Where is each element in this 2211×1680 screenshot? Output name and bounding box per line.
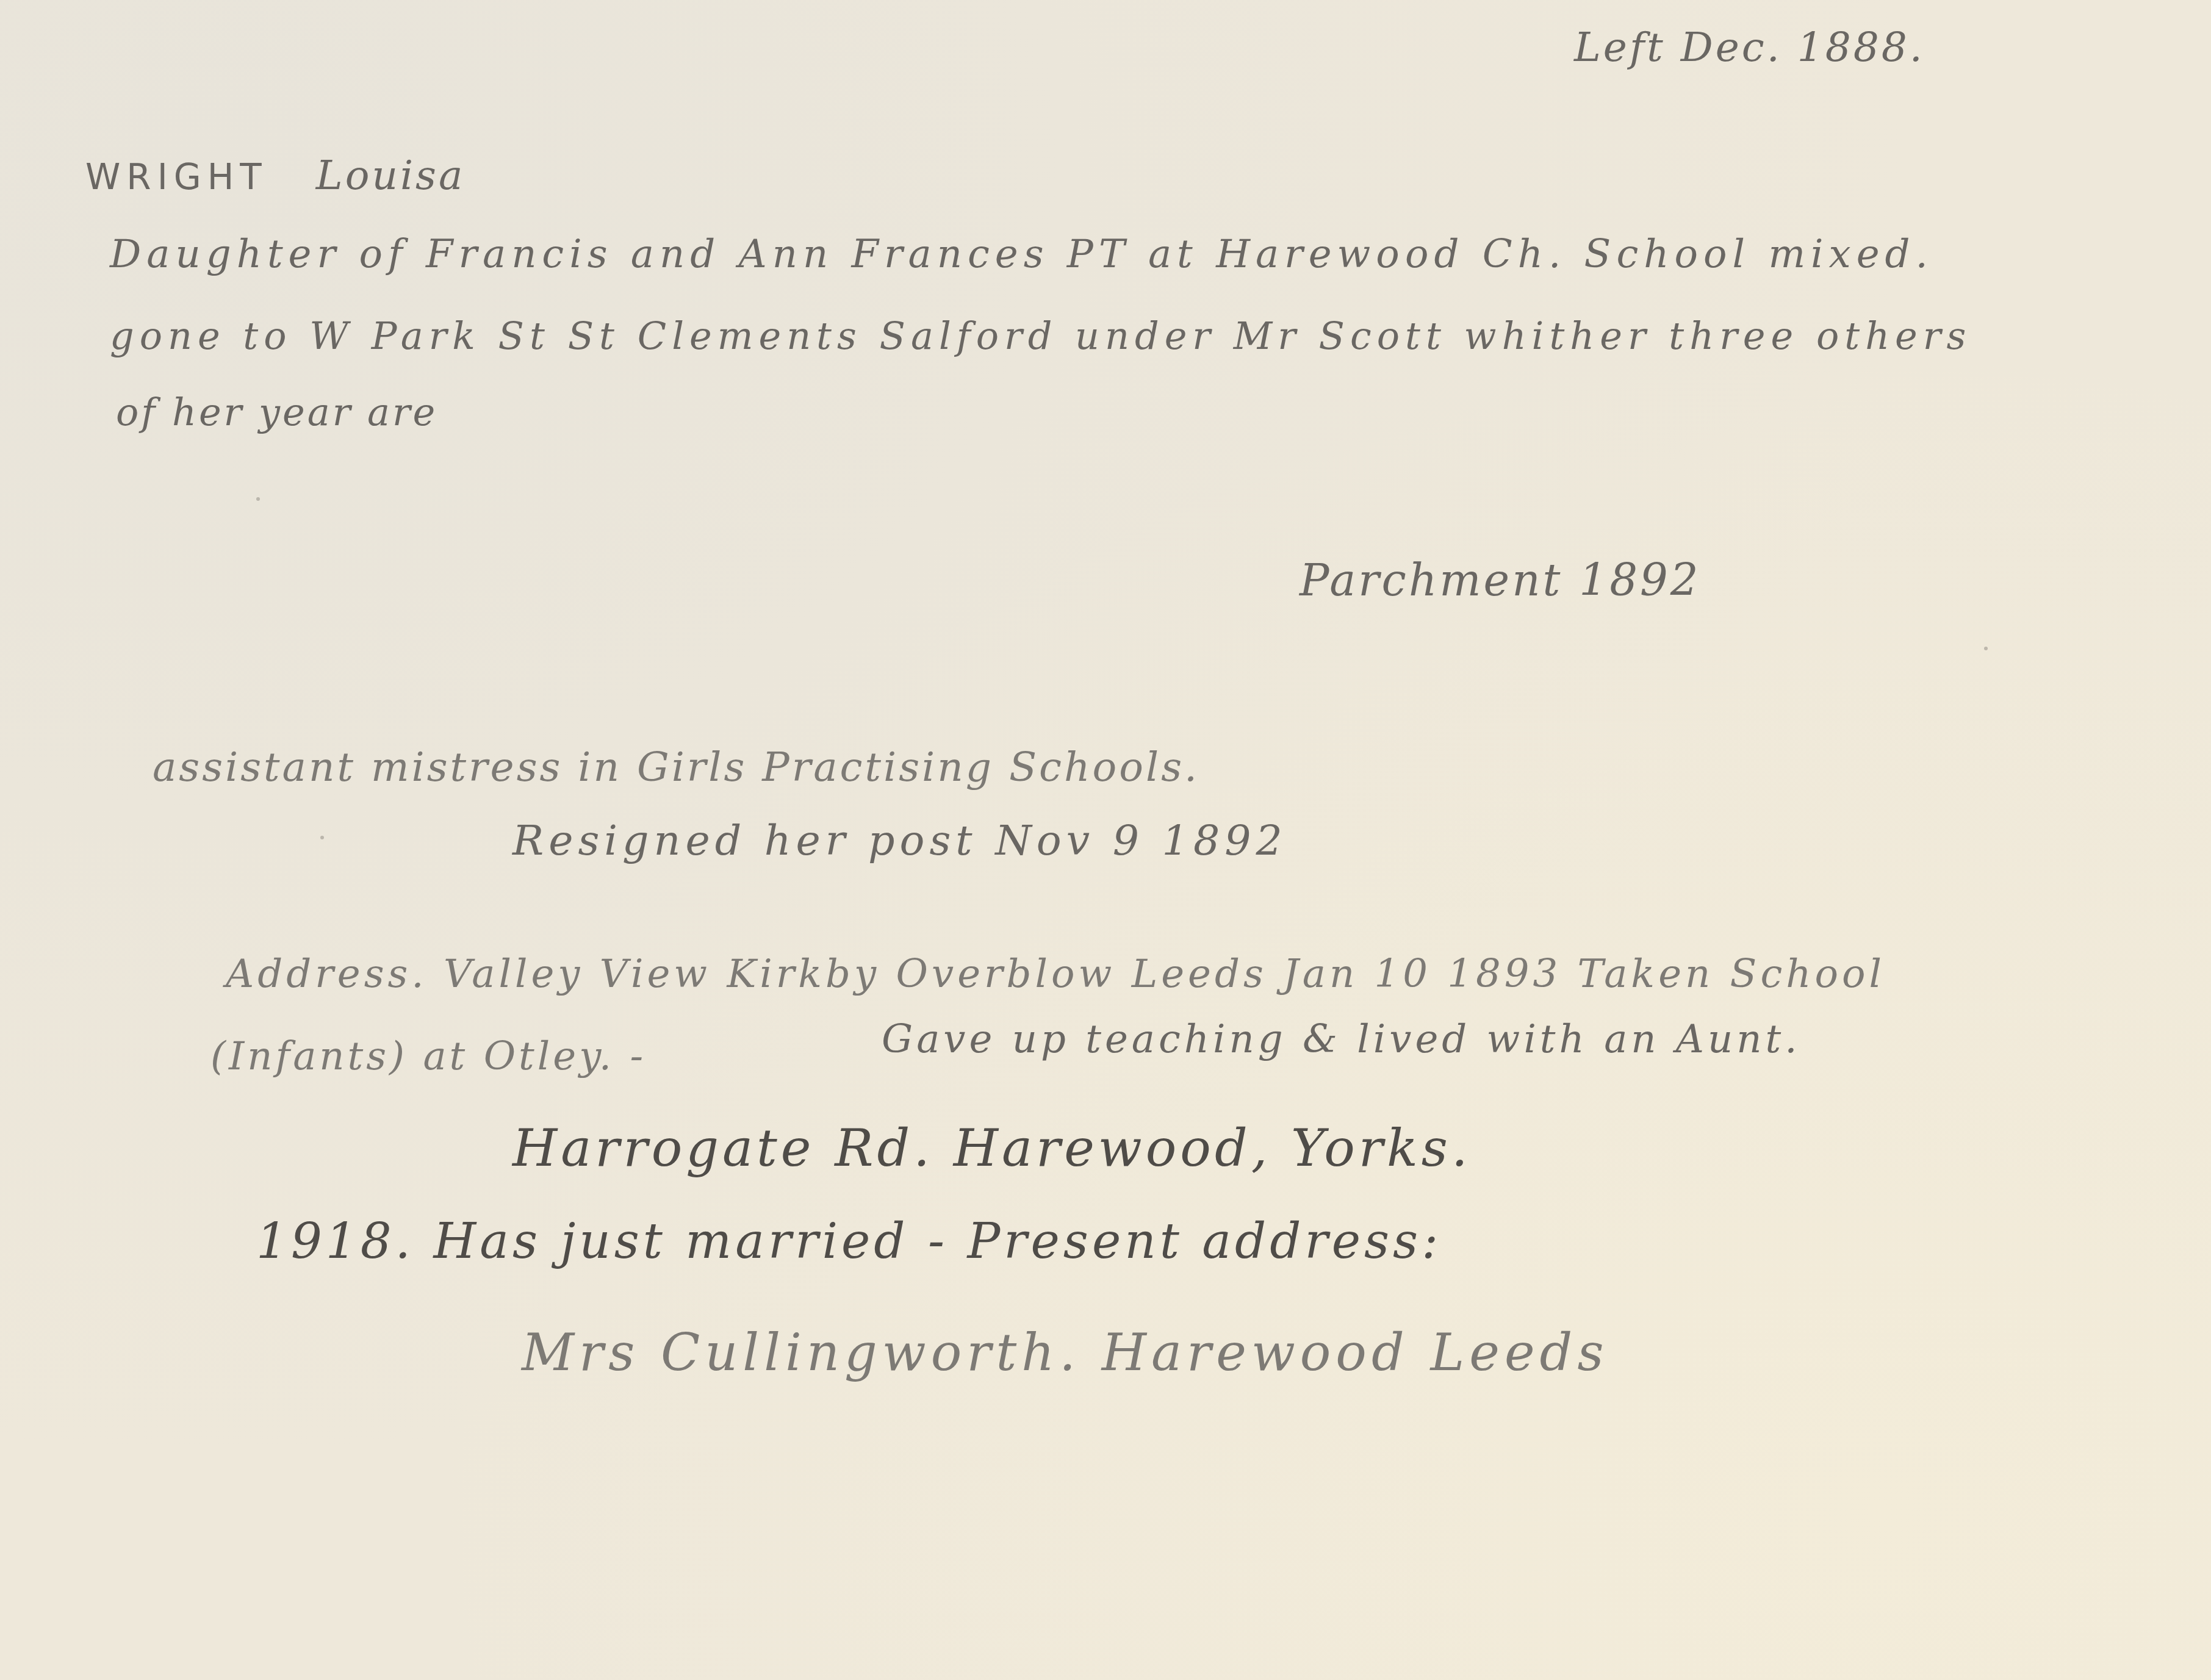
entry-present-address: Mrs Cullingworth. Harewood Leeds	[522, 1327, 1609, 1378]
entry-parchment: Parchment 1892	[1300, 558, 1701, 602]
entry-resigned: Resigned her post Nov 9 1892	[512, 820, 1287, 862]
register-page: Left Dec. 1888. WRIGHT Louisa Daughter o…	[0, 0, 2211, 1680]
surname: WRIGHT	[85, 156, 268, 198]
paper-speck	[320, 836, 324, 839]
entry-gave-up-teaching: Gave up teaching & lived with an Aunt.	[882, 1020, 1801, 1059]
entry-gone-to-continued: of her year are	[116, 393, 437, 431]
entry-harrogate-address: Harrogate Rd. Harewood, Yorks.	[512, 1122, 1472, 1174]
entry-gone-to: gone to W Park St St Clements Salford un…	[110, 317, 1971, 355]
name-heading: WRIGHT Louisa	[85, 156, 465, 196]
entry-parentage: Daughter of Francis and Ann Frances PT a…	[110, 235, 1933, 274]
entry-address-line-1: Address. Valley View Kirkby Overblow Lee…	[226, 955, 1885, 994]
entry-married-1918: 1918. Has just married - Present address…	[256, 1217, 1442, 1266]
entry-assistant-mistress: assistant mistress in Girls Practising S…	[153, 747, 1199, 788]
given-name: Louisa	[316, 152, 465, 199]
paper-speck	[1984, 647, 1988, 650]
left-date-note: Left Dec. 1888.	[1574, 27, 1925, 68]
paper-speck	[256, 497, 260, 501]
entry-address-line-2a: (Infants) at Otley. -	[210, 1037, 646, 1076]
